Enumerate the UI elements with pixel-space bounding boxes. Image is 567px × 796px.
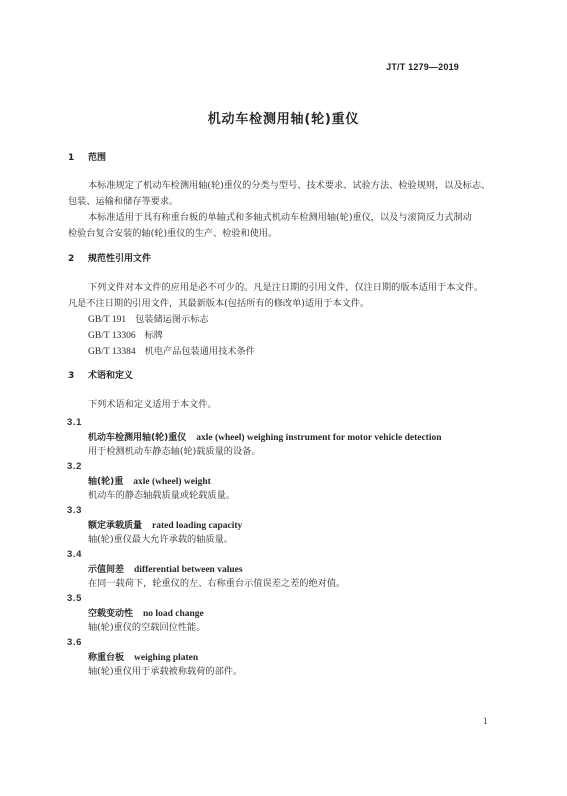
page-number: 1: [483, 716, 488, 726]
reference-item: GB/T 191包装储运图示标志: [88, 314, 209, 326]
document-page: JT/T 1279—2019 机动车检测用轴(轮)重仪 1范围 本标准规定了机动…: [0, 0, 567, 796]
term-definition: 轴(轮)重仪最大允许承载的轴质量。: [88, 534, 233, 546]
term-entry: 轴(轮)重axle (wheel) weight: [88, 476, 211, 488]
reference-item: GB/T 13384机电产品包装通用技术条件: [88, 346, 255, 358]
term-en: weighing platen: [134, 653, 198, 663]
term-entry: 空载变动性no load change: [88, 608, 204, 620]
term-zh: 空载变动性: [88, 609, 133, 619]
term-definition: 用于检测机动车静态轴(轮)载质量的设备。: [88, 446, 261, 458]
term-entry: 示值间差differential between values: [88, 564, 243, 576]
reference-item: GB/T 13306标牌: [88, 330, 163, 342]
term-definition: 机动车的静态轴载质量或轮载质量。: [88, 490, 235, 502]
section-title: 规范性引用文件: [88, 254, 151, 264]
section-title: 范围: [88, 153, 106, 163]
term-en: no load change: [143, 609, 204, 619]
reference-title: 标牌: [145, 330, 163, 341]
paragraph-line: 下列文件对本文件的应用是必不可少的。凡是注日期的引用文件，仅注日期的版本适用于本…: [88, 282, 483, 294]
paragraph-line: 本标准适用于具有称重台板的单轴式和多轴式机动车检测用轴(轮)重仪，以及与滚筒反力…: [88, 212, 472, 224]
term-zh: 额定承载质量: [88, 521, 142, 531]
clause-number: 3.4: [67, 549, 82, 561]
paragraph-line: 凡是不注日期的引用文件，其最新版本(包括所有的修改单)适用于本文件。: [68, 298, 369, 310]
clause-number: 3.2: [67, 461, 82, 473]
term-zh: 机动车检测用轴(轮)重仪: [88, 433, 186, 443]
clause-number: 3.5: [67, 593, 82, 605]
term-zh: 轴(轮)重: [88, 477, 123, 487]
reference-code: GB/T 13306: [88, 330, 136, 342]
clause-number: 3.6: [67, 637, 82, 649]
section-title: 术语和定义: [88, 371, 133, 381]
term-definition: 在同一载荷下，轮重仪的左、右称重台示值误差之差的绝对值。: [88, 578, 345, 590]
reference-title: 机电产品包装通用技术条件: [145, 346, 255, 357]
term-en: rated loading capacity: [152, 521, 242, 531]
section-number: 2: [68, 253, 88, 265]
standard-code: JT/T 1279—2019: [386, 62, 459, 72]
paragraph-line: 检验台复合安装的轴(轮)重仪的生产、检验和使用。: [68, 228, 277, 240]
term-zh: 示值间差: [88, 565, 124, 575]
term-entry: 机动车检测用轴(轮)重仪axle (wheel) weighing instru…: [88, 432, 442, 444]
section-heading-2: 2规范性引用文件: [68, 253, 151, 265]
clause-number: 3.3: [67, 505, 82, 517]
paragraph-line: 本标准规定了机动车检测用轴(轮)重仪的分类与型号、技术要求、试验方法、检验规则，…: [88, 180, 490, 192]
term-entry: 额定承载质量rated loading capacity: [88, 520, 242, 532]
clause-number: 3.1: [67, 417, 82, 429]
section-heading-3: 3术语和定义: [68, 370, 133, 382]
section-number: 3: [68, 370, 88, 382]
document-title: 机动车检测用轴(轮)重仪: [0, 108, 567, 127]
term-en: axle (wheel) weighing instrument for mot…: [196, 433, 441, 443]
term-definition: 轴(轮)重仪的空载回位性能。: [88, 622, 205, 634]
paragraph-line: 包装、运输和储存等要求。: [68, 196, 178, 208]
paragraph-line: 下列术语和定义适用于本文件。: [88, 399, 217, 411]
term-entry: 称重台板weighing platen: [88, 652, 198, 664]
reference-code: GB/T 191: [88, 314, 126, 326]
term-definition: 轴(轮)重仪用于承载被称载荷的部件。: [88, 666, 242, 678]
section-heading-1: 1范围: [68, 152, 106, 164]
term-zh: 称重台板: [88, 653, 124, 663]
reference-title: 包装储运图示标志: [135, 314, 209, 325]
term-en: differential between values: [134, 565, 243, 575]
reference-code: GB/T 13384: [88, 346, 136, 358]
term-en: axle (wheel) weight: [133, 477, 211, 487]
section-number: 1: [68, 152, 88, 164]
